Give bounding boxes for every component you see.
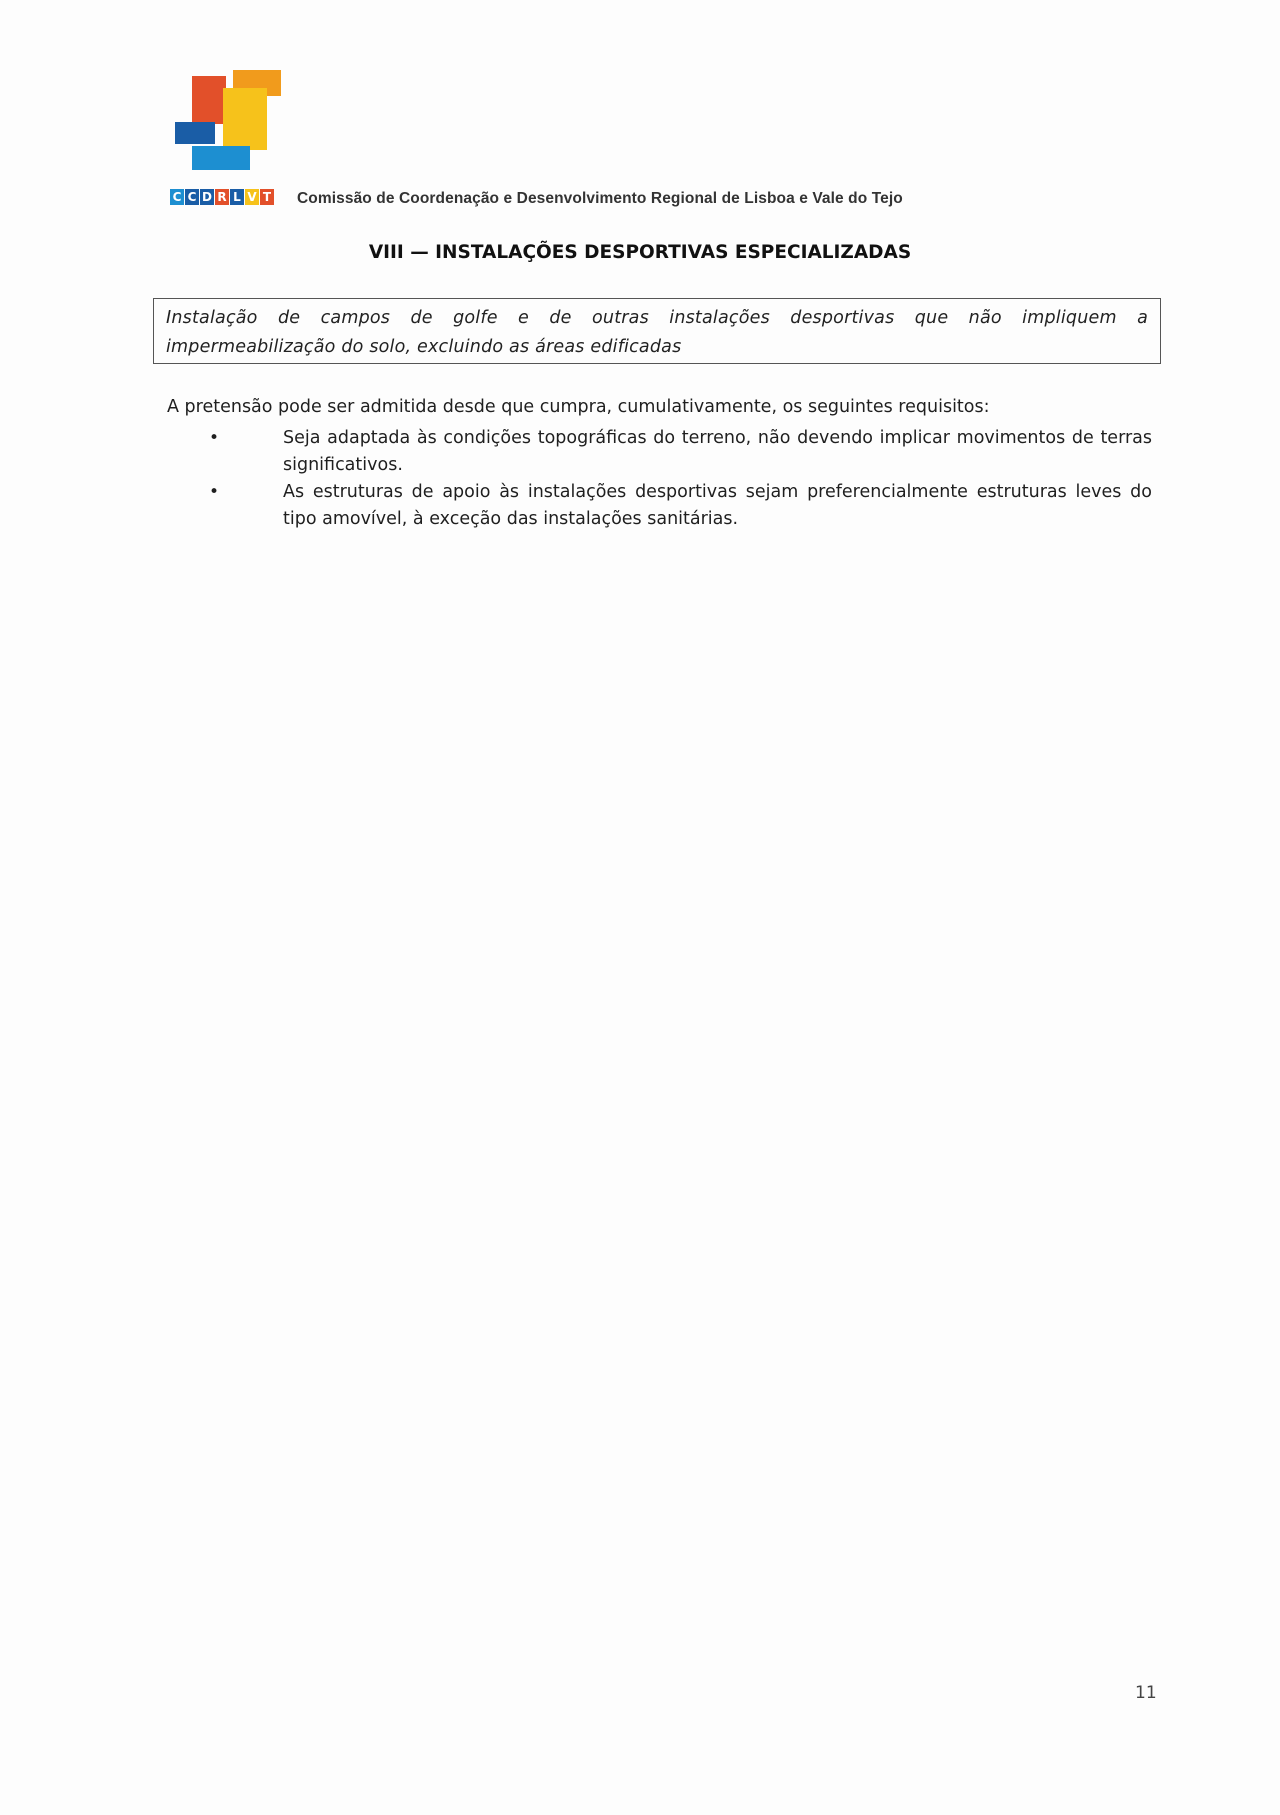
logo-letter: C xyxy=(170,189,184,205)
page-number: 11 xyxy=(1135,1683,1157,1703)
organization-logo xyxy=(170,66,290,176)
boxed-description-line-1: Instalação de campos de golfe e de outra… xyxy=(166,304,1148,333)
logo-red-block xyxy=(192,76,226,124)
logo-letter: D xyxy=(200,189,214,205)
logo-acronym: CCDRLVT xyxy=(170,189,274,205)
list-item: • Seja adaptada às condições topográfica… xyxy=(167,425,1152,479)
boxed-description-line-2: impermeabilização do solo, excluindo as … xyxy=(166,333,1148,362)
requirement-text: Seja adaptada às condições topográficas … xyxy=(283,425,1152,479)
section-title: VIII — INSTALAÇÕES DESPORTIVAS ESPECIALI… xyxy=(0,242,1280,263)
requirements-list: • Seja adaptada às condições topográfica… xyxy=(167,425,1152,533)
logo-letter: C xyxy=(185,189,199,205)
logo-letter: T xyxy=(260,189,274,205)
logo-letter: L xyxy=(230,189,244,205)
bullet-icon: • xyxy=(209,425,219,452)
requirement-text: As estruturas de apoio às instalações de… xyxy=(283,479,1152,533)
logo-letter: R xyxy=(215,189,229,205)
list-item: • As estruturas de apoio às instalações … xyxy=(167,479,1152,533)
organization-name: Comissão de Coordenação e Desenvolviment… xyxy=(297,190,903,208)
logo-light-blue-block xyxy=(192,146,250,170)
intro-paragraph: A pretensão pode ser admitida desde que … xyxy=(167,397,990,417)
bullet-icon: • xyxy=(209,479,219,506)
logo-dark-blue-block xyxy=(175,122,215,144)
logo-yellow-block xyxy=(223,88,267,150)
boxed-description: Instalação de campos de golfe e de outra… xyxy=(153,298,1161,364)
logo-letter: V xyxy=(245,189,259,205)
